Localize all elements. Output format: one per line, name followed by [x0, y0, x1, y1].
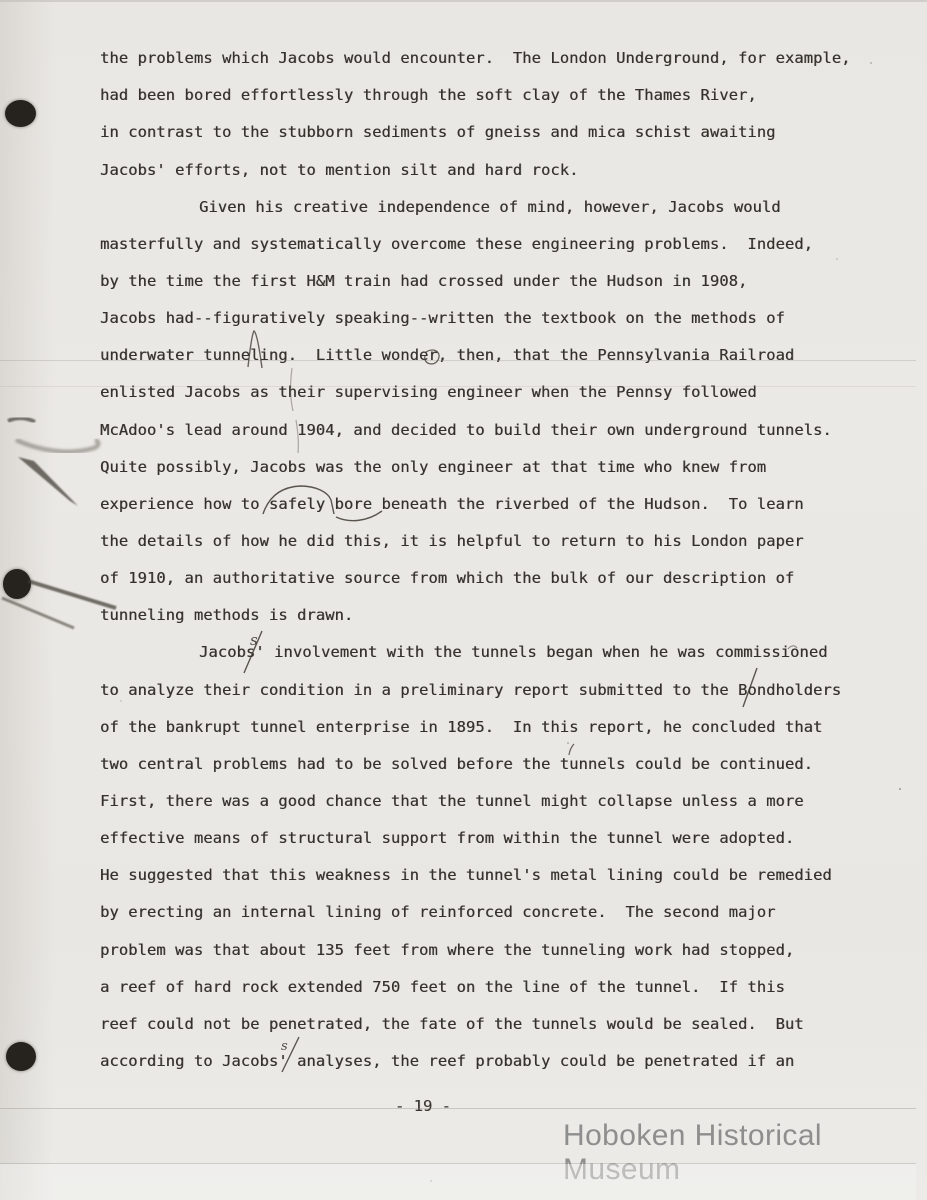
- typed-line: had been bored effortlessly through the …: [100, 85, 757, 107]
- page-number: - 19 -: [395, 1097, 451, 1115]
- typed-line: He suggested that this weakness in the t…: [100, 865, 832, 887]
- crease-line: [0, 360, 916, 361]
- typed-line: by the time the first H&M train had cros…: [100, 271, 747, 293]
- hole-punch: [5, 100, 36, 127]
- typed-line: the details of how he did this, it is he…: [100, 531, 804, 553]
- typed-line: Jacobs' efforts, not to mention silt and…: [100, 160, 578, 182]
- typed-line: masterfully and systematically overcome …: [100, 234, 813, 256]
- typed-line: by erecting an internal lining of reinfo…: [100, 902, 776, 924]
- scan-top-edge: [0, 0, 927, 2]
- hole-punch: [3, 569, 31, 599]
- margin-smudge: [16, 440, 98, 452]
- hole-punch-streak: [2, 598, 74, 628]
- paper-bottom-strip: [0, 1164, 916, 1200]
- typed-line: problem was that about 135 feet from whe…: [100, 940, 794, 962]
- typed-line: McAdoo's lead around 1904, and decided t…: [100, 420, 832, 442]
- typed-line: Quite possibly, Jacobs was the only engi…: [100, 457, 766, 479]
- typed-line: tunneling methods is drawn.: [100, 605, 353, 627]
- typed-line: Given his creative independence of mind,…: [199, 197, 781, 219]
- typed-line: Jacobs' involvement with the tunnels beg…: [199, 642, 828, 664]
- typed-line: in contrast to the stubborn sediments of…: [100, 122, 776, 144]
- typed-line: the problems which Jacobs would encounte…: [100, 48, 851, 70]
- typed-line: two central problems had to be solved be…: [100, 754, 813, 776]
- hole-punch: [6, 1042, 36, 1071]
- typed-line: Jacobs had--figuratively speaking--writt…: [100, 308, 785, 330]
- typed-line: of the bankrupt tunnel enterprise in 189…: [100, 717, 822, 739]
- typed-line: effective means of structural support fr…: [100, 828, 794, 850]
- typed-line: experience how to safely bore beneath th…: [100, 494, 804, 516]
- paper-specks: [0, 0, 2, 2]
- typed-line: reef could not be penetrated, the fate o…: [100, 1014, 804, 1036]
- typed-line: of 1910, an authoritative source from wh…: [100, 568, 794, 590]
- typed-line: underwater tunneling. Little wonder, the…: [100, 345, 794, 367]
- crease-line: [0, 386, 916, 387]
- typed-line: according to Jacobs' analyses, the reef …: [100, 1051, 794, 1073]
- margin-smudge: [8, 418, 35, 422]
- pen-streak: [18, 457, 78, 506]
- crease-line: [0, 1108, 916, 1109]
- typed-line: a reef of hard rock extended 750 feet on…: [100, 977, 785, 999]
- scanned-document-page: the problems which Jacobs would encounte…: [0, 0, 927, 1200]
- typed-line: First, there was a good chance that the …: [100, 791, 804, 813]
- typed-line: to analyze their condition in a prelimin…: [100, 680, 841, 702]
